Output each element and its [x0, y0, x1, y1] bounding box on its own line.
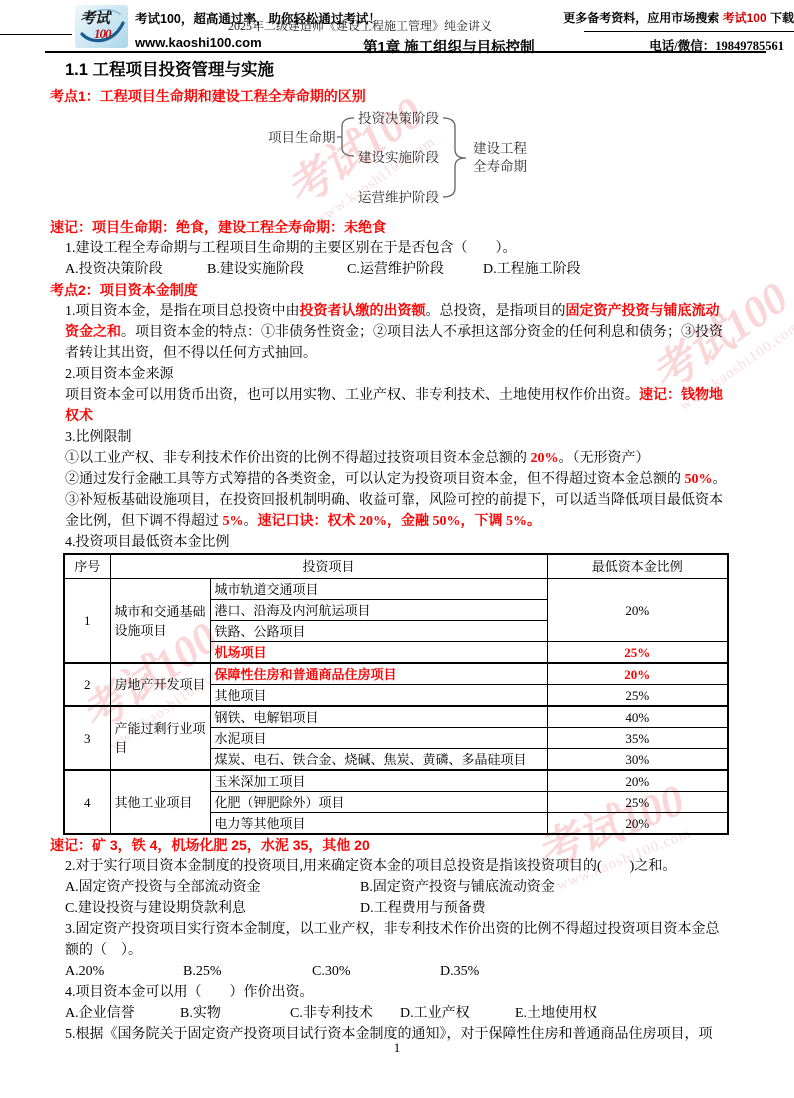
- table-row: 3 产能过剩行业项目 钢铁、电解铝项目 40%: [64, 706, 728, 728]
- group-no: 2: [64, 663, 110, 706]
- option: D.工程费用与预备费: [360, 898, 486, 919]
- table-row: 2 房地产开发项目 保障性住房和普通商品住房项目 20%: [64, 663, 728, 685]
- diagram-right-label-line2: 全寿命期: [473, 159, 527, 174]
- ratio-value: 30%: [547, 749, 728, 771]
- col-header-project: 投资项目: [110, 554, 547, 579]
- project-item: 保障性住房和普通商品住房项目: [210, 663, 547, 685]
- ratio-value: 35%: [547, 728, 728, 749]
- paragraph-capital-definition: 1.项目资本金，是指在项目总投资中由投资者认缴的出资额。总投资，是指项目的固定资…: [65, 301, 729, 364]
- question-2: 2.对于实行项目资本金制度的投资项目,用来确定资本金的项目总投资是指该投资项目的…: [65, 856, 729, 877]
- chapter-title: 第1章 施工组织与目标控制: [363, 36, 535, 57]
- option: D.35%: [440, 961, 479, 982]
- group-category: 产能过剩行业项目: [110, 706, 210, 770]
- mnemonic-1: 速记：项目生命期：绝食，建设工程全寿命期：未绝食: [50, 217, 729, 238]
- document-page: 考试100 www.kaoshi100.com 考试100 www.kaoshi…: [0, 0, 794, 1098]
- project-item: 化肥（钾肥除外）项目: [210, 792, 547, 813]
- ratio-value: 25%: [547, 792, 728, 813]
- option: C.建设投资与建设期贷款利息: [65, 898, 360, 919]
- question-3-options: A.20% B.25% C.30% D.35%: [65, 961, 729, 982]
- group-no: 1: [64, 579, 110, 664]
- question-2-options-row2: C.建设投资与建设期贷款利息 D.工程费用与预备费: [65, 898, 729, 919]
- group-category: 房地产开发项目: [110, 663, 210, 706]
- diagram-stage-3: 运营维护阶段: [358, 190, 439, 205]
- option: A.投资决策阶段: [65, 259, 207, 280]
- option: D.工程施工阶段: [483, 259, 581, 280]
- project-item: 港口、沿海及内河航运项目: [210, 600, 547, 621]
- question-1-options: A.投资决策阶段 B.建设实施阶段 C.运营维护阶段 D.工程施工阶段: [65, 259, 729, 280]
- highlight-text: 50%: [685, 472, 713, 487]
- option: C.运营维护阶段: [347, 259, 483, 280]
- group-category: 其他工业项目: [110, 770, 210, 834]
- project-item: 钢铁、电解铝项目: [210, 706, 547, 728]
- highlight-text: 20%: [531, 451, 559, 466]
- ratio-value: 25%: [547, 685, 728, 707]
- logo-text-kao: 考试: [80, 7, 110, 28]
- ratio-value: 20%: [547, 813, 728, 835]
- option: B.实物: [180, 1003, 290, 1024]
- table-header-row: 序号 投资项目 最低资本金比例: [64, 554, 728, 579]
- mnemonic-2: 速记：矿 3，铁 4，机场化肥 25，水泥 35，其他 20: [50, 835, 729, 856]
- paragraph-source-title: 2.项目资本金来源: [65, 364, 729, 385]
- project-item: 城市轨道交通项目: [210, 579, 547, 600]
- table-row: 1 城市和交通基础设施项目 城市轨道交通项目 20%: [64, 579, 728, 600]
- project-item: 玉米深加工项目: [210, 770, 547, 792]
- kaoshi100-logo: 考试 100: [75, 5, 128, 48]
- diagram-stage-2: 建设实施阶段: [358, 150, 439, 165]
- promo-prefix: 更多备考资料，应用市场搜索: [563, 11, 722, 25]
- paragraph-ratio-title: 3.比例限制: [65, 427, 729, 448]
- ratio-value: 25%: [547, 642, 728, 664]
- group-no: 3: [64, 706, 110, 770]
- text: 。（无形资产）: [559, 451, 650, 466]
- header-website: www.kaoshi100.com: [135, 35, 262, 50]
- project-item: 水泥项目: [210, 728, 547, 749]
- question-4-options: A.企业信誉 B.实物 C.非专利技术 D.工业产权 E.土地使用权: [65, 1003, 729, 1024]
- paragraph-ratio-2: ②通过发行金融工具等方式筹措的各类资金，可以认定为投资项目资本金，但不得超过资本…: [65, 469, 729, 490]
- text: 。: [244, 514, 258, 529]
- option: C.非专利技术: [290, 1003, 400, 1024]
- ratio-value: 20%: [547, 663, 728, 685]
- text: 1.项目资本金，是指在项目总投资中由: [65, 304, 300, 319]
- page-number: 1: [0, 1040, 794, 1056]
- header-promo: 更多备考资料，应用市场搜索 考试100 下载: [563, 9, 794, 26]
- paragraph-ratio-3: ③补短板基础设施项目，在投资回报机制明确、收益可靠，风险可控的前提下，可以适当降…: [65, 490, 729, 532]
- capital-ratio-table: 序号 投资项目 最低资本金比例 1 城市和交通基础设施项目 城市轨道交通项目 2…: [63, 553, 729, 835]
- group-no: 4: [64, 770, 110, 834]
- option: D.工业产权: [400, 1003, 515, 1024]
- project-item: 铁路、公路项目: [210, 621, 547, 642]
- question-4: 4.项目资本金可以用（ ）作价出资。: [65, 982, 729, 1003]
- paragraph-source-body: 项目资本金可以用货币出资，也可以用实物、工业产权、非专利技术、土地使用权作价出资…: [65, 385, 729, 427]
- keypoint-1-title: 考点1：工程项目生命期和建设工程全寿命期的区别: [50, 86, 729, 107]
- option: A.固定资产投资与全部流动资金: [65, 877, 360, 898]
- header-rule-left: [0, 34, 72, 35]
- header-contact: 电话/微信：19849785561: [649, 36, 784, 54]
- table-intro: 4.投资项目最低资本金比例: [65, 532, 729, 553]
- keypoint-2-title: 考点2：项目资本金制度: [50, 280, 729, 301]
- project-item: 电力等其他项目: [210, 813, 547, 835]
- text: 。项目资本金的特点：①非债务性资金；②项目法人不承担这部分资金的任何利息和债务；…: [65, 325, 723, 361]
- project-item: 煤炭、电石、铁合金、烧碱、焦炭、黄磷、多晶硅项目: [210, 749, 547, 771]
- header-slogan: 考试100，超高通过率，助你轻松通过考试！: [135, 9, 381, 27]
- option: A.企业信誉: [65, 1003, 180, 1024]
- option: A.20%: [65, 961, 183, 982]
- option: E.土地使用权: [515, 1003, 597, 1024]
- promo-brand: 考试100: [723, 11, 767, 25]
- option: B.25%: [183, 961, 312, 982]
- col-header-ratio: 最低资本金比例: [547, 554, 728, 579]
- highlight-text: 5%: [223, 514, 244, 529]
- ratio-value: 40%: [547, 706, 728, 728]
- question-1: 1.建设工程全寿命期与工程项目生命期的主要区别在于是否包含（ ）。: [65, 238, 729, 259]
- text: 。: [713, 472, 727, 487]
- text: 项目资本金可以用货币出资，也可以用实物、工业产权、非专利技术、土地使用权作价出资…: [65, 388, 639, 403]
- option: C.30%: [312, 961, 440, 982]
- text: ②通过发行金融工具等方式筹措的各类资金，可以认定为投资项目资本金，但不得超过资本…: [65, 472, 685, 487]
- diagram-right-label-line1: 建设工程: [473, 141, 527, 156]
- lifecycle-diagram: 项目生命期 投资决策阶段 建设实施阶段 运营维护阶段 建设工程 全寿命期: [65, 109, 729, 213]
- promo-suffix: 下载: [767, 11, 794, 25]
- logo-text-100: 100: [94, 26, 111, 42]
- table-row: 4 其他工业项目 玉米深加工项目 20%: [64, 770, 728, 792]
- text: 。总投资，是指项目的: [426, 304, 566, 319]
- highlight-text: 速记口诀：权术 20%，金融 50%，下调 5%。: [258, 514, 542, 529]
- project-item: 其他项目: [210, 685, 547, 707]
- header-rule-right: [584, 31, 794, 32]
- diagram-stage-1: 投资决策阶段: [358, 111, 439, 126]
- option: B.建设实施阶段: [207, 259, 347, 280]
- highlight-text: 投资者认缴的出资额: [300, 304, 426, 319]
- ratio-value: 20%: [547, 770, 728, 792]
- text: ①以工业产权、非专利技术作价出资的比例不得超过技资项目资本金总额的: [65, 451, 531, 466]
- diagram-left-label: 项目生命期: [268, 130, 336, 145]
- question-3: 3.固定资产投资项目实行资本金制度，以工业产权，非专利技术作价出资的比例不得超过…: [65, 919, 729, 961]
- section-heading: 1.1 工程项目投资管理与实施: [65, 58, 729, 82]
- page-header: 2025年二级建造师《建设工程施工管理》纯金讲义 考试100，超高通过率，助你轻…: [0, 0, 794, 53]
- project-item: 机场项目: [210, 642, 547, 664]
- col-header-no: 序号: [64, 554, 110, 579]
- group-category: 城市和交通基础设施项目: [110, 579, 210, 664]
- document-body: 1.1 工程项目投资管理与实施 考点1：工程项目生命期和建设工程全寿命期的区别 …: [65, 58, 729, 1045]
- question-2-options-row1: A.固定资产投资与全部流动资金 B.固定资产投资与铺底流动资金: [65, 877, 729, 898]
- option: B.固定资产投资与铺底流动资金: [360, 877, 555, 898]
- ratio-value: 20%: [547, 579, 728, 642]
- paragraph-ratio-1: ①以工业产权、非专利技术作价出资的比例不得超过技资项目资本金总额的 20%。（无…: [65, 448, 729, 469]
